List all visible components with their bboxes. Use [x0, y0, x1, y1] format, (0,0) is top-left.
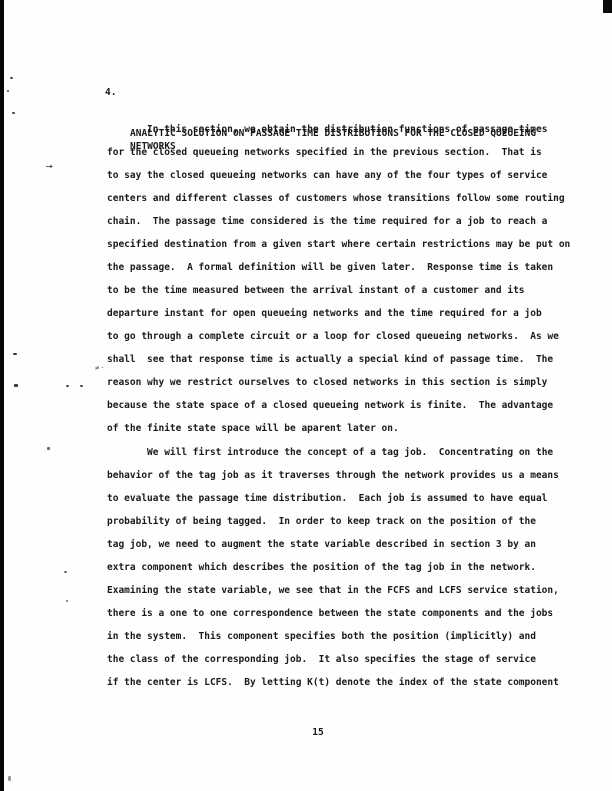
pencil-mark-annotation: ≠· [95, 364, 105, 372]
scan-speck [7, 90, 9, 92]
scan-speck [66, 600, 68, 602]
scan-speck [80, 385, 83, 387]
scanned-paper-page: → ≠· 4. ANALYTIC SOLUTION ON PASSAGE TIM… [0, 0, 612, 791]
section-number: 4. [105, 86, 116, 100]
scan-speck [13, 353, 17, 355]
paragraph-2: We will first introduce the concept of a… [107, 441, 589, 694]
scan-speck [64, 571, 67, 573]
pencil-arrow-annotation: → [45, 161, 52, 172]
scan-speck [8, 776, 11, 781]
scan-speck [12, 112, 15, 114]
scan-speck [47, 447, 50, 450]
scan-speck [10, 77, 13, 79]
page-number: 15 [298, 726, 338, 740]
scan-speck [66, 385, 69, 387]
paragraph-1: In this section, we obtain the distribut… [107, 118, 589, 440]
scan-speck [14, 384, 18, 387]
scan-corner-mark [603, 0, 612, 13]
scan-edge-strip [0, 0, 4, 791]
